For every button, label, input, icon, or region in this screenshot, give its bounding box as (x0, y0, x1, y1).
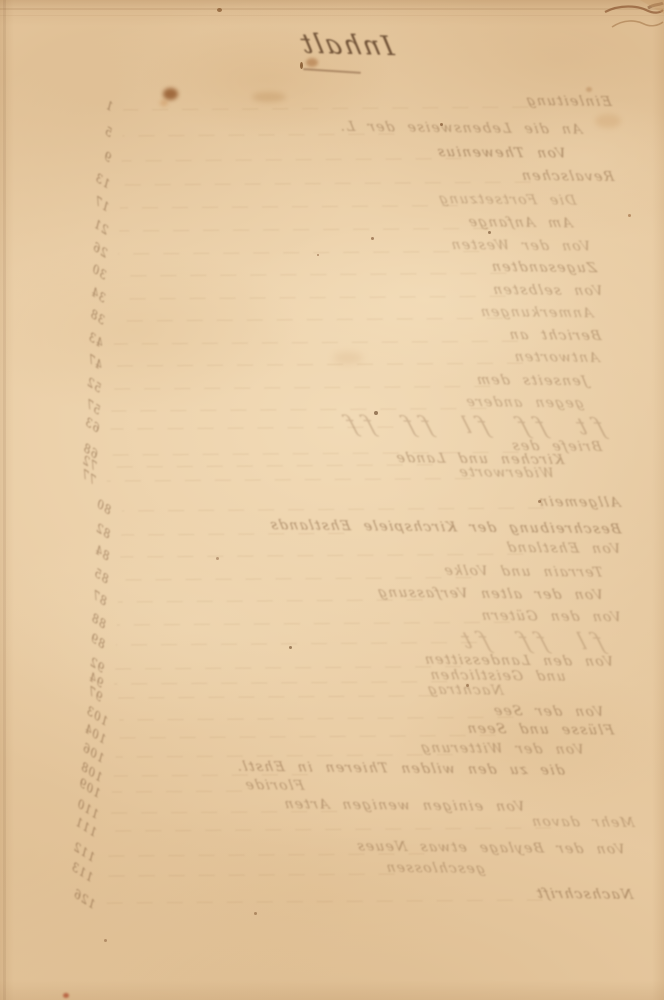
leader-line (122, 508, 544, 512)
bleedthrough-entry-text: Von der See (491, 703, 605, 720)
leader-line (107, 900, 543, 904)
bleedthrough-page-number: 26 (90, 239, 110, 261)
bleedthrough-page-number: 80 (94, 496, 114, 518)
bleedthrough-entry-text: Antworten (512, 349, 601, 366)
leader-line (120, 717, 514, 721)
bleedthrough-entry-text: fl ff ft (449, 628, 607, 655)
foxing-spot (538, 500, 541, 503)
bleedthrough-page-number: 94 (86, 669, 106, 691)
bleedthrough-page-number: 110 (74, 796, 101, 822)
leader-line (114, 341, 518, 345)
leader-line (110, 811, 338, 814)
bleedthrough-title: Inhalt (296, 29, 397, 63)
foxing-spot (371, 237, 374, 240)
leader-line (118, 251, 479, 255)
foxing-spot (104, 939, 107, 942)
bleedthrough-entry-text: Von Ehstland (504, 540, 622, 557)
bleedthrough-page-number: 5 (102, 123, 115, 140)
bleedthrough-entry-text: Flüsse und Seen (464, 721, 615, 739)
bleedthrough-page-number: 92 (87, 654, 107, 676)
bleedthrough-page-number: 85 (91, 565, 111, 587)
leader-line (116, 318, 503, 322)
bleedthrough-page-number: 84 (92, 542, 112, 564)
foxing-spot (289, 646, 292, 649)
leader-line (117, 273, 506, 277)
leader-line (121, 533, 344, 536)
bleedthrough-page-number: 68 (80, 440, 100, 462)
title-flourish (303, 68, 361, 74)
bleedthrough-page-number: 63 (82, 414, 102, 436)
bleedthrough-page-number: 103 (84, 702, 111, 728)
bleedthrough-entry-text: Widerworte (456, 464, 555, 481)
foxing-spot (160, 100, 168, 106)
foxing-spot (163, 88, 178, 100)
bleedthrough-entry-text: und Geistlichen (428, 667, 568, 685)
foxing-spot (333, 352, 363, 364)
leader-line (123, 107, 528, 111)
leader-line (113, 695, 434, 698)
leader-line (117, 622, 510, 626)
bleedthrough-page-number: 112 (71, 839, 98, 865)
bleedthrough-page-number: 97 (85, 683, 105, 705)
bleedthrough-page-number: 34 (88, 284, 108, 306)
leader-line (120, 554, 523, 558)
bleedthrough-entry-text: Einleitung (523, 93, 613, 110)
bleedthrough-entry-text: die zu den wilden Thieren in Ehstl. (234, 759, 566, 779)
bleedthrough-entry-text: Von den Landessitten (422, 652, 615, 670)
leader-line (114, 681, 447, 684)
leader-line (122, 158, 462, 161)
leader-line (117, 296, 506, 300)
bleedthrough-page-number: 108 (78, 759, 105, 785)
manuscript-page: Inhalt Einleitung1An die Lebensweise der… (0, 0, 664, 1000)
leader-line (107, 478, 471, 482)
foxing-spot (466, 684, 469, 687)
bleedthrough-page-number: 104 (82, 721, 109, 747)
leader-line (120, 205, 458, 208)
bleedthrough-entry-text: Zugesandten (489, 259, 598, 276)
bleedthrough-page-number: 77 (79, 466, 99, 488)
foxing-spot (216, 557, 219, 560)
foxing-spot (595, 114, 621, 128)
bleedthrough-page-number: 9 (101, 148, 114, 165)
leader-line (116, 754, 453, 757)
bleedthrough-page-number: 88 (89, 610, 109, 632)
foxing-spot (628, 214, 631, 217)
bleedthrough-entry-text: Allgemein (536, 494, 622, 511)
leader-line (119, 228, 489, 232)
bleedthrough-page-number: 52 (84, 374, 104, 396)
bleedthrough-entry-text: Floride (243, 777, 306, 794)
bleedthrough-entry-text: Von der Westen (449, 237, 593, 255)
bleedthrough-layer: Inhalt Einleitung1An die Lebensweise der… (0, 0, 664, 1000)
leader-line (108, 827, 551, 831)
leader-line (113, 363, 523, 367)
leader-line (111, 408, 486, 412)
leader-line (118, 599, 423, 602)
bleedthrough-page-number: 17 (92, 193, 112, 215)
bleedthrough-page-number: 111 (72, 814, 99, 840)
bleedthrough-entry-text: Von der Witterung (418, 740, 586, 758)
foxing-spot (374, 411, 378, 415)
foxing-spot (317, 254, 319, 256)
leader-line (108, 464, 433, 467)
bleedthrough-entry-text: Nachtrag (425, 682, 505, 699)
foxing-spot (586, 87, 592, 92)
bleedthrough-page-number: 72 (79, 452, 99, 474)
leader-line (122, 134, 395, 137)
foxing-spot (252, 92, 286, 102)
bleedthrough-entry-text: geschlossen (383, 860, 486, 877)
bleedthrough-entry-text: Von Thewenius (435, 144, 568, 162)
bleedthrough-page-number: 43 (86, 329, 106, 351)
bleedthrough-page-number: 109 (76, 775, 103, 801)
bleedthrough-entry-text: Von den Gütern (479, 608, 623, 626)
foxing-spot (63, 993, 69, 998)
bleedthrough-page-number: 113 (69, 859, 96, 885)
bleedthrough-entry-text: Mehr davon (529, 814, 636, 831)
paper-crease (0, 8, 664, 10)
paper-edge-shadow (3, 0, 6, 1000)
foxing-spot (300, 62, 303, 69)
leader-line (116, 642, 477, 646)
leader-line (106, 853, 424, 856)
bleedthrough-entry-text: Von der Beylage etwas Neues (354, 838, 626, 857)
tear-mark (0, 0, 664, 1000)
leader-line (118, 735, 496, 739)
bleedthrough-entry-text: Nachschrift (534, 886, 635, 903)
bleedthrough-entry-text: Beschreibung der Kirchspiele Ehstlands (268, 517, 623, 537)
leader-line (112, 386, 490, 390)
bleedthrough-entry-text: Kirchen und Lande (394, 450, 566, 468)
leader-line (110, 427, 393, 430)
bleedthrough-page-number: 126 (71, 886, 98, 912)
bleedthrough-entry-text: An die Lebensweise der L. (337, 119, 584, 138)
bleedthrough-entry-text: Von einigen wenigen Arten (282, 796, 527, 815)
bleedthrough-entry-text: Revalschen (519, 168, 616, 185)
bleedthrough-page-number: 30 (89, 261, 109, 283)
bleedthrough-page-number: 57 (83, 396, 103, 418)
paper-crease (0, 15, 664, 16)
bleedthrough-page-number: 1 (103, 97, 116, 114)
bleedthrough-page-number: 13 (92, 170, 112, 192)
leader-line (115, 666, 461, 669)
leader-line (109, 452, 519, 456)
bleedthrough-page-number: 82 (93, 520, 113, 542)
bleedthrough-page-number: 106 (80, 740, 107, 766)
bleedthrough-entry-text: Von der alten Verfassung (375, 585, 605, 604)
bleedthrough-entry-text: Jenseits dem (474, 372, 589, 389)
bleedthrough-entry-text: gegen andere (463, 394, 585, 411)
bleedthrough-page-number: 87 (89, 587, 109, 609)
leader-line (105, 874, 395, 877)
foxing-spot (254, 912, 257, 915)
bleedthrough-entry-text: Bericht an (507, 327, 603, 344)
bleedthrough-page-number: 21 (91, 216, 111, 238)
bleedthrough-entry-text: Am Anfange (466, 214, 574, 231)
bleedthrough-entry-text: Briefe des (509, 438, 603, 455)
bleedthrough-page-number: 89 (88, 630, 108, 652)
bleedthrough-entry-text: Von selbsten (490, 282, 604, 299)
foxing-spot (306, 58, 318, 67)
bleedthrough-entry-text: Terrain und Volke (441, 563, 604, 581)
leader-line (120, 577, 472, 580)
bleedthrough-entry-text: Die Fortsetzung (436, 191, 578, 209)
foxing-spot (488, 231, 491, 234)
bleedthrough-page-number: 38 (87, 306, 107, 328)
bleedthrough-entry-text: Anmerkungen (478, 304, 595, 321)
leader-line (121, 182, 531, 186)
bleedthrough-page-number: 47 (85, 351, 105, 373)
foxing-spot (440, 123, 443, 126)
bleedthrough-entry-text: ft ff fl ff ff (335, 412, 609, 441)
leader-line (114, 774, 309, 776)
leader-line (112, 791, 242, 793)
